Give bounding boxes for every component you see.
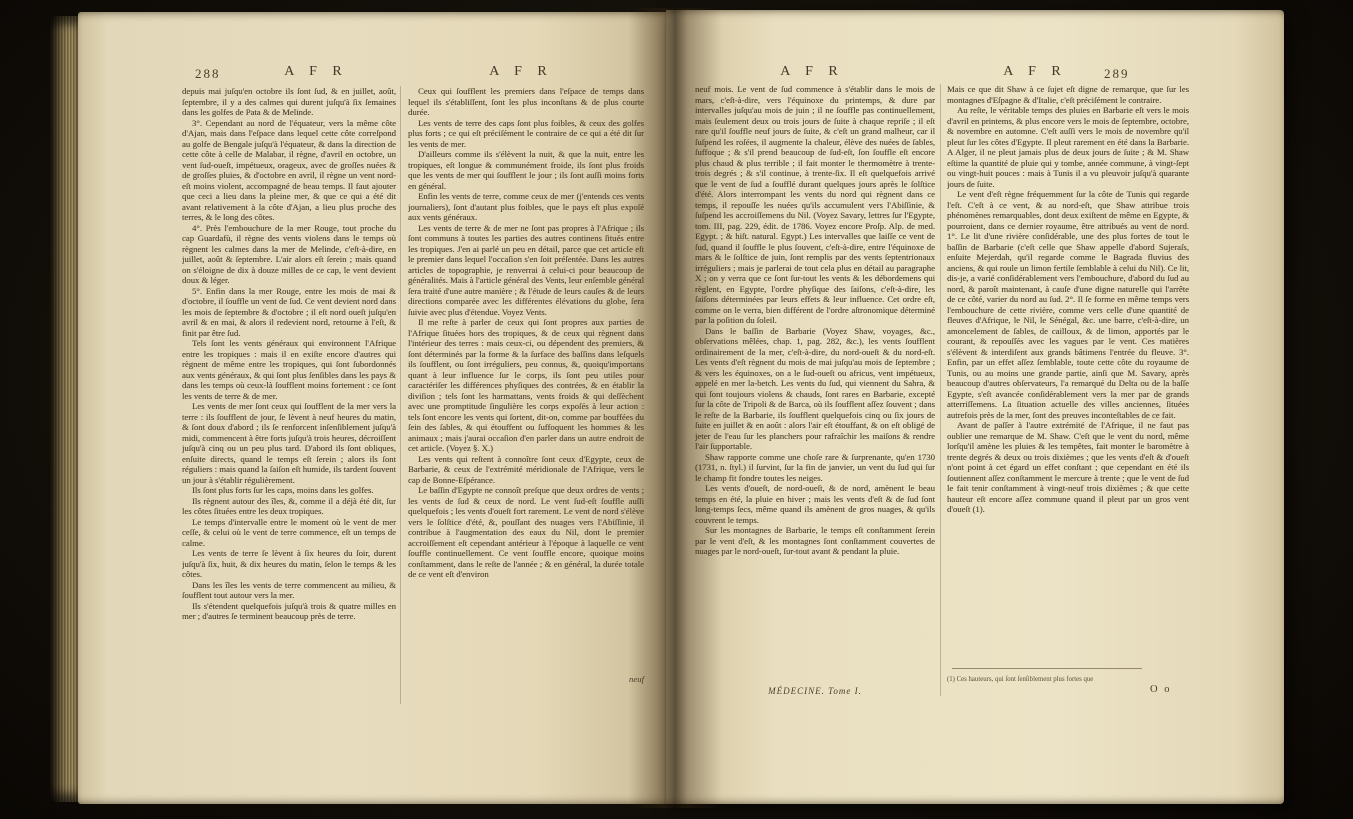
book-fore-edge	[50, 16, 80, 802]
paragraph: neuf mois. Le vent de ſud commence à s'é…	[695, 84, 935, 326]
paragraph: Dans les îles les vents de terre commenc…	[182, 580, 396, 601]
paragraph: Le baſſin d'Egypte ne connoît preſque qu…	[408, 485, 644, 580]
paragraph: Sur les montagnes de Barbarie, le temps …	[695, 525, 935, 557]
paragraph: Au reſte, le véritable temps des pluies …	[947, 105, 1189, 189]
left-page-number: 288	[195, 66, 221, 82]
running-head-left-1: A F R	[261, 64, 371, 80]
book-scan-scene: 288 A F R A F R depuis mai juſqu'en octo…	[0, 0, 1353, 819]
catchword: neuf	[548, 674, 644, 684]
paragraph: Mais ce que dit Shaw à ce ſujet eſt dign…	[947, 84, 1189, 105]
running-head-right-2: A F R	[980, 64, 1090, 80]
paragraph: Ils s'étendent quelquefois juſqu'à trois…	[182, 601, 396, 622]
gathering-signature: O o	[1150, 684, 1171, 695]
column-divider-rule	[400, 86, 401, 704]
paragraph: Shaw rapporte comme une choſe rare & ſur…	[695, 452, 935, 484]
paragraph: Les vents de mer ſont ceux qui ſoufflent…	[182, 401, 396, 485]
paragraph: D'ailleurs comme ils s'élèvent la nuit, …	[408, 149, 644, 191]
paragraph: Il me reſte à parler de ceux qui ſont pr…	[408, 317, 644, 454]
left-page-column-2: Ceux qui ſoufflent les premiers dans l'e…	[408, 86, 644, 702]
paragraph: Les vents de terre ſe lèvent à ſix heure…	[182, 548, 396, 580]
paragraph: Les vents de terre & de mer ne ſont pas …	[408, 223, 644, 318]
paragraph: Ils ſont plus forts ſur les caps, moins …	[182, 485, 396, 496]
paragraph: Les vents qui reſtent à connoître ſont c…	[408, 454, 644, 486]
left-page: 288 A F R A F R depuis mai juſqu'en octo…	[78, 12, 666, 804]
paragraph: depuis mai juſqu'en octobre ils ſont ſud…	[182, 86, 396, 118]
paragraph: Dans le baſſin de Barbarie (Voyez Shaw, …	[695, 326, 935, 452]
paragraph: Ils règnent autour des îles, &, comme il…	[182, 496, 396, 517]
footnote: (1) Ces hauteurs, qui ſont ſenſiblement …	[947, 676, 1189, 683]
paragraph: Le vent d'eſt règne fréquemment ſur la c…	[947, 189, 1189, 420]
footnote-rule	[952, 668, 1142, 669]
paragraph: 3°. Cependant au nord de l'équateur, ver…	[182, 118, 396, 223]
paragraph: Les vents de terre des caps ſont plus fo…	[408, 118, 644, 150]
paragraph: Tels ſont les vents généraux qui environ…	[182, 338, 396, 401]
right-page-number: 289	[1104, 66, 1130, 82]
left-page-column-1: depuis mai juſqu'en octobre ils ſont ſud…	[182, 86, 396, 702]
tome-footer: MÉDECINE. Tome I.	[695, 686, 935, 696]
paragraph: Les vents d'oueſt, de nord-oueſt, & de n…	[695, 483, 935, 525]
paragraph: Enfin les vents de terre, comme ceux de …	[408, 191, 644, 223]
right-page-column-1: neuf mois. Le vent de ſud commence à s'é…	[695, 84, 935, 686]
paragraph: 5°. Enfin dans la mer Rouge, entre les m…	[182, 286, 396, 339]
right-page: A F R A F R 289 neuf mois. Le vent de ſu…	[666, 10, 1284, 804]
column-divider-rule	[940, 84, 941, 696]
paragraph: Ceux qui ſoufflent les premiers dans l'e…	[408, 86, 644, 118]
paragraph: Le temps d'intervalle entre le moment où…	[182, 517, 396, 549]
running-head-left-2: A F R	[466, 64, 576, 80]
paragraph: Avant de paſſer à l'autre extrémité de l…	[947, 420, 1189, 515]
paragraph: 4°. Près l'embouchure de la mer Rouge, t…	[182, 223, 396, 286]
right-page-column-2: Mais ce que dit Shaw à ce ſujet eſt dign…	[947, 84, 1189, 650]
running-head-right-1: A F R	[757, 64, 867, 80]
